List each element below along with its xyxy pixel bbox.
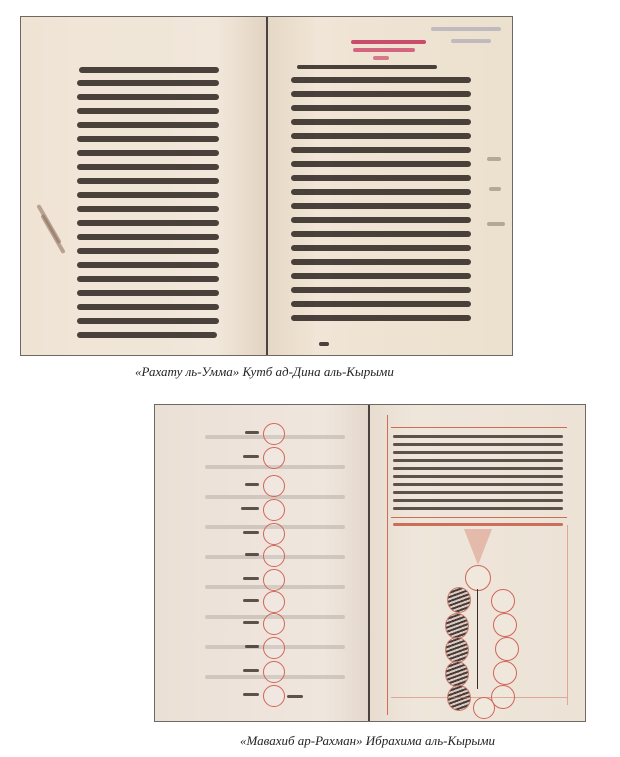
triangle-shape bbox=[464, 529, 492, 565]
book-spine bbox=[266, 17, 268, 355]
manuscript-image-rahatu-l-umma bbox=[20, 16, 513, 356]
caption-rahatu-l-umma: «Рахату ль-Умма» Кутб ад-Дина аль-Кырыми bbox=[135, 364, 394, 380]
manuscript-image-mavahib-ar-rahman bbox=[154, 404, 586, 722]
book-spine bbox=[368, 405, 370, 721]
left-page bbox=[155, 405, 368, 721]
caption-mavahib-ar-rahman: «Мавахиб ар-Рахман» Ибрахима аль-Кырыми bbox=[240, 733, 495, 749]
